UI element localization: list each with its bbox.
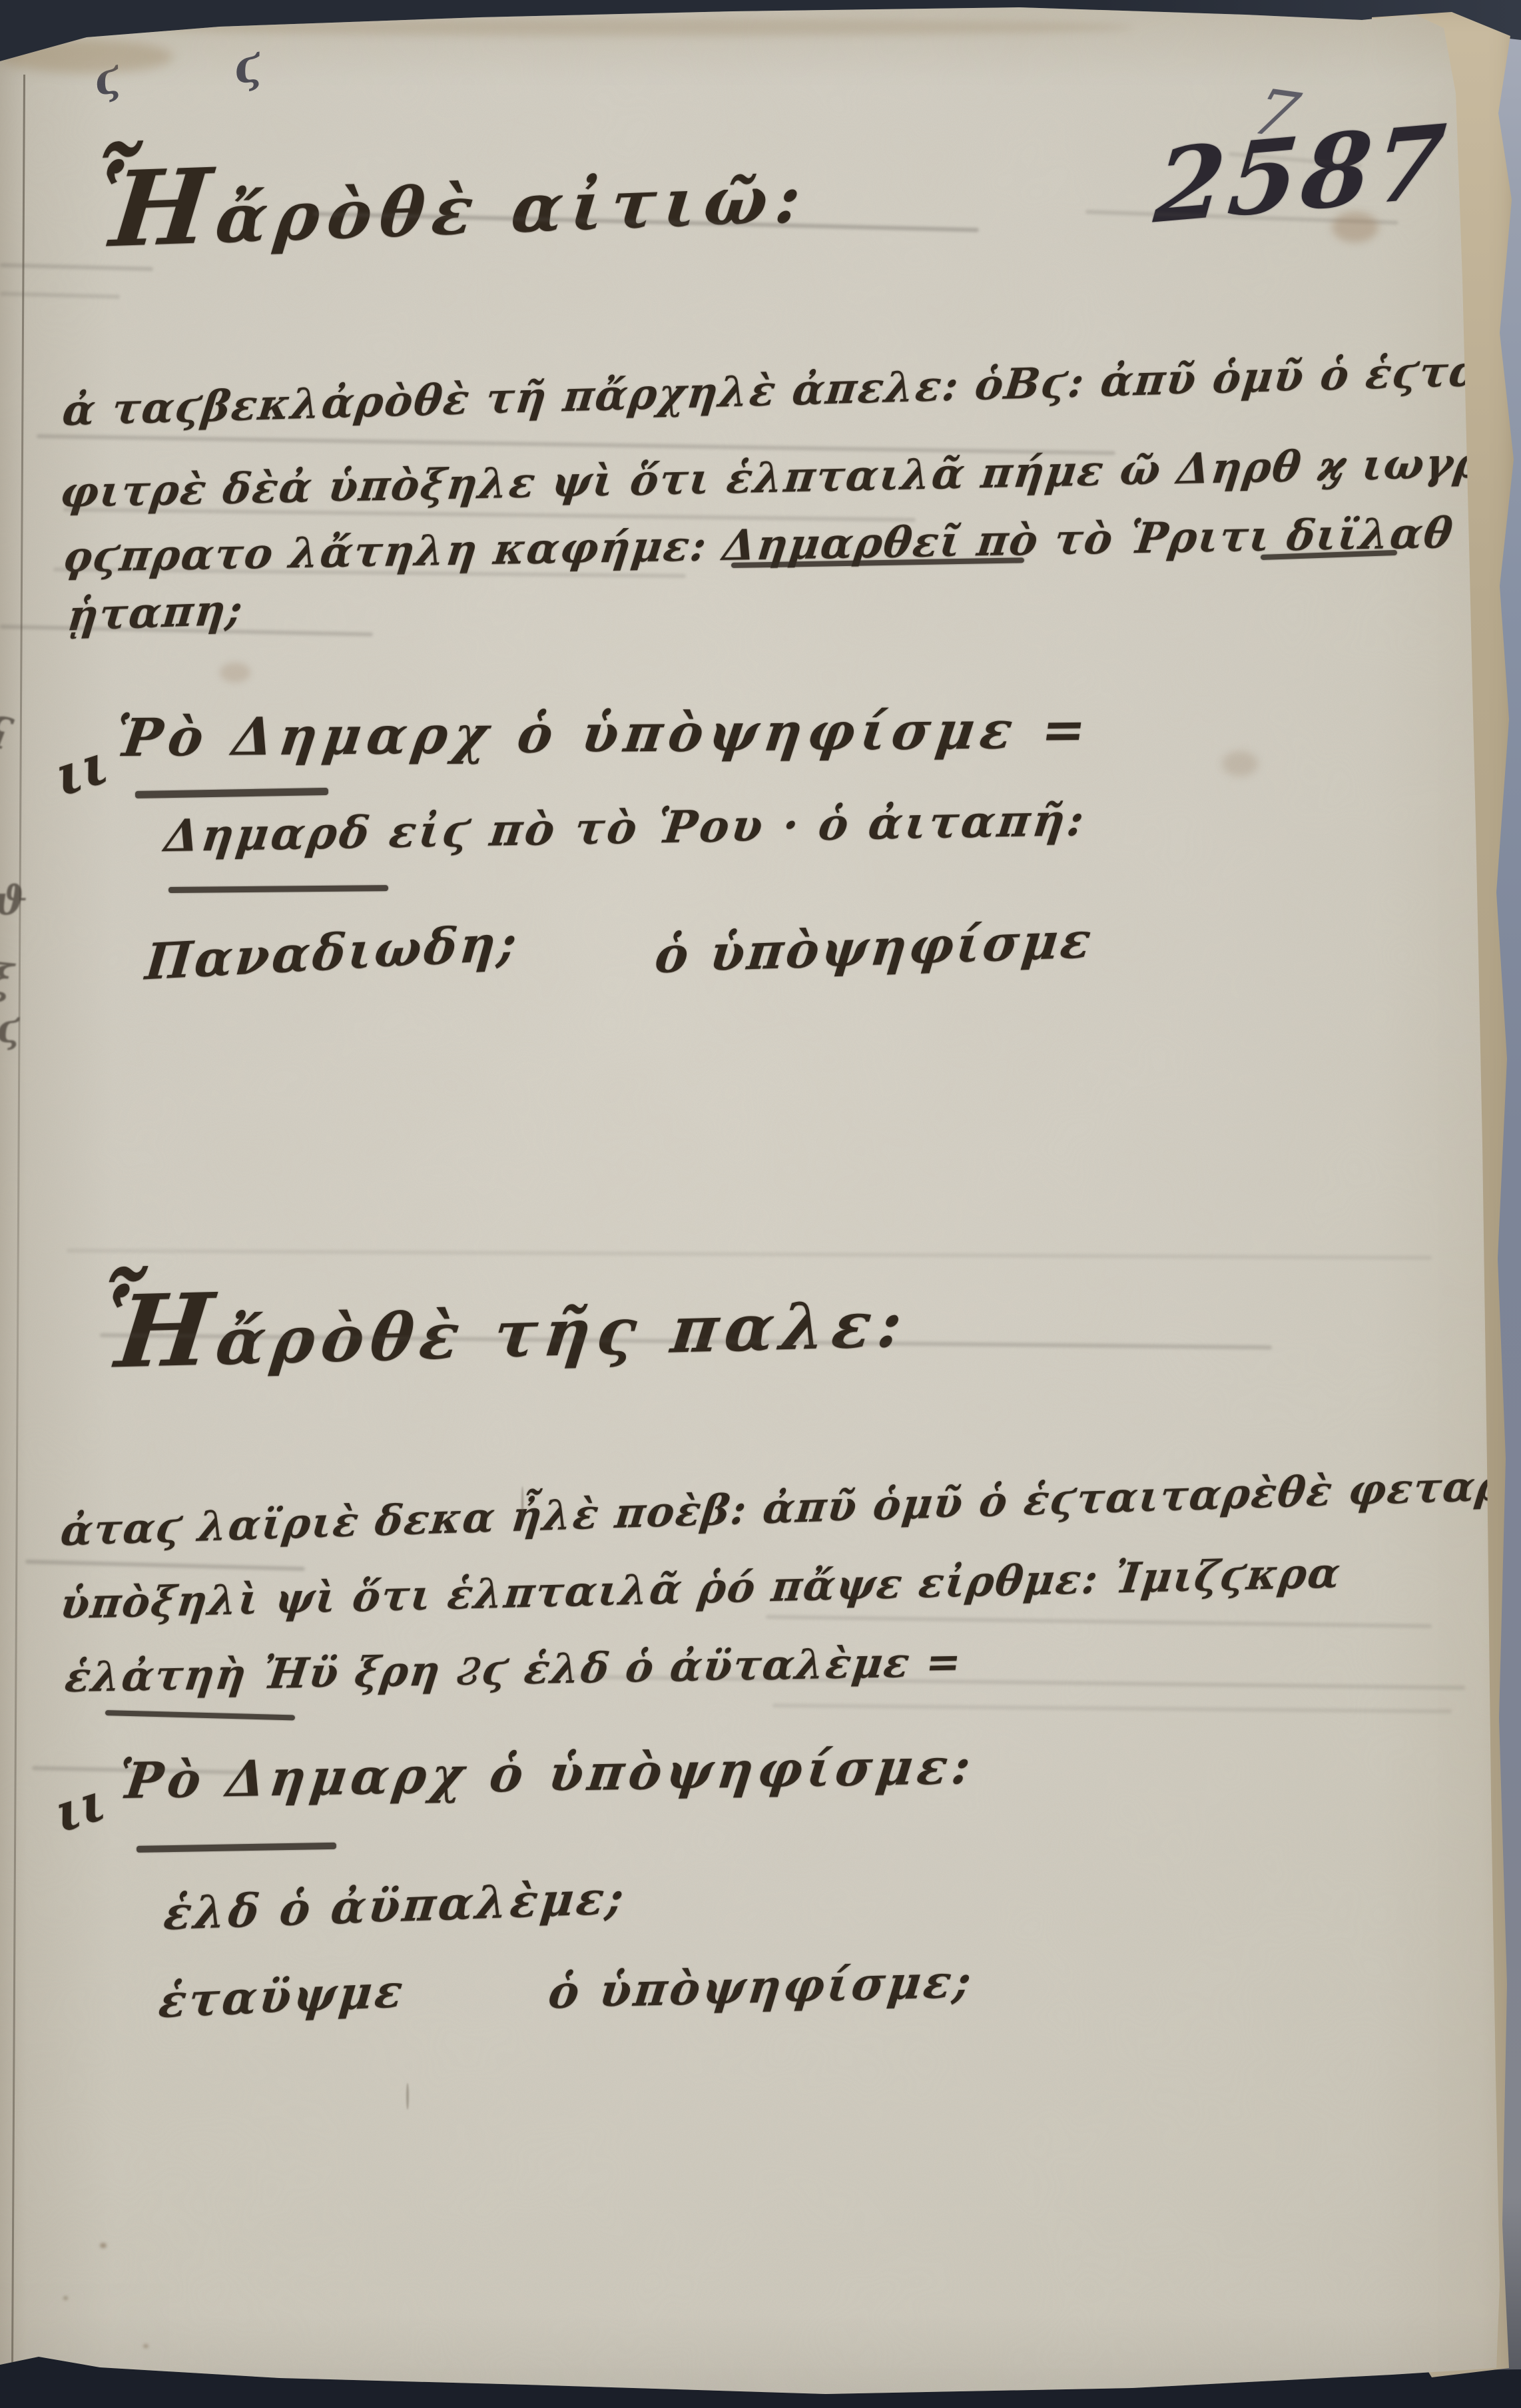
smudge-line xyxy=(67,1249,1432,1260)
handwritten-line-section1_line1: ἀ ταϛβεκλἀρὸθὲ τῆ πἄρχηλὲ ἀπελε: ὁΒϛ: ἀπ… xyxy=(61,344,1521,432)
handwritten-line-entry2_line1: Ῥὸ Δημαρχ ὁ ὑπὸψηφίσμε: xyxy=(115,1742,978,1807)
handwritten-line-archive_number: 2587 xyxy=(1151,111,1453,238)
handwritten-line-section1_line3: ϙϛπρατο λἄτηλη καφήμε: Δημαρθεῖ πὸ τὸ Ῥρ… xyxy=(61,512,1456,579)
handwritten-line-corner_mark_2: ϛ xyxy=(230,42,265,91)
handwritten-line-entry1_role: ὁ ὑπὸψηφίσμε xyxy=(653,916,1095,980)
ink-bleed-mark: ʕ xyxy=(0,707,15,760)
ink-layer: ϛϛ72587Ἧἄρὸθὲ αἰτιῶ:ἀ ταϛβεκλἀρὸθὲ τῆ πἄ… xyxy=(0,0,1521,2408)
ink-underline xyxy=(137,1843,336,1853)
smudge-line xyxy=(766,1615,1432,1628)
smudge-line xyxy=(0,292,120,299)
ink-underline xyxy=(105,1710,295,1720)
handwritten-line-section2_line2: ὑπὸξηλὶ ψὶ ὅτι ἑλπταιλᾶ ῥό πἄψε εἰρθμε: … xyxy=(59,1552,1344,1625)
handwritten-line-entry2_name: ἑταϋψμε xyxy=(156,1968,407,2024)
handwritten-line-entry2_role: ὁ ὑπὸψηφίσμε; xyxy=(546,1958,976,2015)
smudge-line xyxy=(25,1560,305,1571)
ink-underline xyxy=(168,885,388,893)
paper-stain xyxy=(220,663,250,683)
handwritten-line-section1_line2: φιτρὲ δὲἀ ὑπὸξηλε ψὶ ὅτι ἑλπταιλᾶ πήμε ῶ… xyxy=(58,440,1521,513)
paper-stain xyxy=(406,2083,409,2110)
paper-stain xyxy=(143,2344,149,2348)
ink-bleed-mark: ξ xyxy=(0,954,15,1004)
handwritten-line-entry1_marker: ιι xyxy=(52,735,112,805)
handwritten-line-corner_mark_1: ϛ xyxy=(90,56,124,103)
photo-stage: ϛϛ72587Ἧἄρὸθὲ αἰτιῶ:ἀ ταϛβεκλἀρὸθὲ τῆ πἄ… xyxy=(0,0,1521,2408)
handwritten-line-section2_line3: ἑλἀτηὴ Ἠϋ ξρη Ϩϛ ἑλδ ὁ ἀϋταλὲμε = xyxy=(63,1641,964,1698)
paper-stain xyxy=(63,2296,68,2300)
handwritten-line-entry1_line1: Ῥὸ Δημαρχ ὁ ὑπὸψηφίσμε = xyxy=(112,704,1095,764)
paper-stain xyxy=(1222,751,1258,776)
ink-bleed-mark: ϛ xyxy=(0,1006,21,1052)
handwritten-line-section2_line1: ἀταϛ λαϊριὲ δεκα ἦλὲ ποὲβ: ἀπῦ ὁμῦ ὁ ἑϛτ… xyxy=(59,1461,1521,1552)
handwritten-line-entry2_line2: ἑλδ ὁ ἀϋπαλὲμε; xyxy=(162,1875,629,1937)
handwritten-line-heading_1: Ἧἄρὸθὲ αἰτιῶ: xyxy=(81,133,815,262)
smudge-line xyxy=(772,1703,1452,1713)
ink-underline xyxy=(135,788,328,798)
handwritten-line-entry2_marker: ιι xyxy=(52,1775,109,1842)
handwritten-line-entry1_name: Παναδιωδη; xyxy=(143,918,521,988)
paper-stain xyxy=(100,2243,107,2248)
handwritten-line-heading_2: Ἧἄρὸθὲ τῆς παλε: xyxy=(87,1263,915,1383)
handwritten-line-entry1_line2: Δημαρδ εἰϛ πὸ τὸ Ῥου · ὁ ἀιταπῆ: xyxy=(162,798,1089,858)
manuscript-page: ϛϛ72587Ἧἄρὸθὲ αἰτιῶ:ἀ ταϛβεκλἀρὸθὲ τῆ πἄ… xyxy=(0,0,1521,2408)
ink-bleed-mark: ϑ xyxy=(0,878,27,924)
handwritten-line-section1_line4: ᾑταπη; xyxy=(65,589,245,637)
